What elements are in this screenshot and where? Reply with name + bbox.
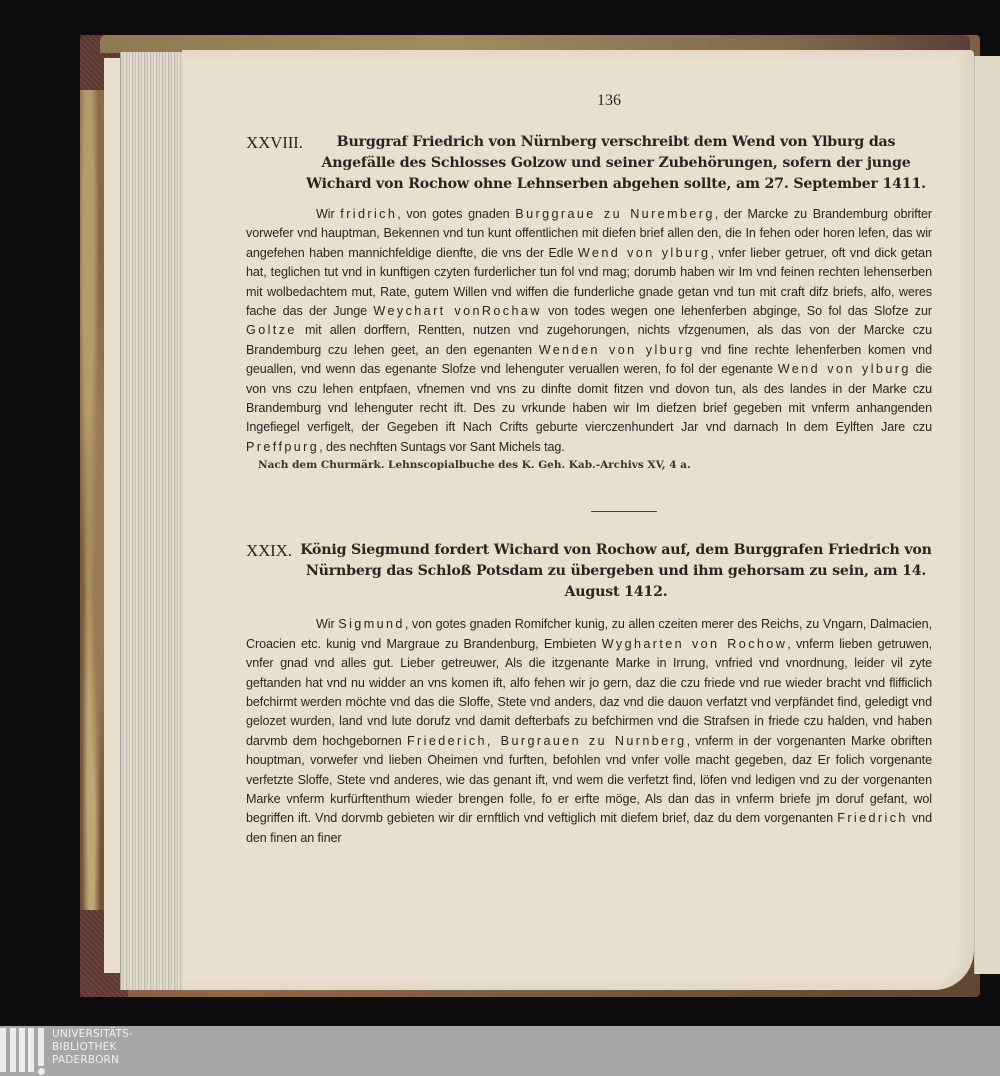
emphasized-name: Weychart vonRochaw	[373, 304, 541, 318]
section-body: Wir fridrich, von gotes gnaden Burggraue…	[246, 205, 932, 457]
text-run: Wir	[316, 207, 340, 221]
section-divider	[591, 511, 657, 512]
section-numeral: XXIX.	[216, 540, 300, 603]
text-run: , des nechften Suntags vor Sant Michels …	[319, 440, 565, 454]
emphasized-name: Wend von ylburg	[578, 246, 711, 260]
text-run: Wir	[316, 617, 338, 631]
page-block-edges	[120, 52, 185, 990]
emphasized-name: Wenden von ylburg	[539, 343, 695, 357]
emphasized-name: Goltze	[246, 323, 297, 337]
section-heading: XXVIII. Burggraf Friedrich von Nürnberg …	[246, 132, 932, 195]
library-logo-icon	[0, 1028, 46, 1072]
document-section-xxviii: XXVIII. Burggraf Friedrich von Nürnberg …	[246, 132, 932, 471]
emphasized-name: Sigmund	[338, 617, 405, 631]
section-title: König Siegmund fordert Wichard von Rocho…	[300, 540, 932, 603]
emphasized-name: Friedrich	[837, 811, 908, 825]
section-title: Burggraf Friedrich von Nürnberg verschre…	[300, 132, 932, 195]
text-run: , vnferm lieben getruwen, vnfer gnad vnd…	[246, 637, 932, 748]
emphasized-name: Wend von ylburg	[778, 362, 911, 376]
facing-page-edge	[974, 56, 1000, 974]
section-heading: XXIX. König Siegmund fordert Wichard von…	[246, 540, 932, 603]
emphasized-name: Preffpurg	[246, 440, 319, 454]
library-logo-text: UNIVERSITÄTS- BIBLIOTHEK PADERBORN	[52, 1028, 133, 1067]
page-content: 136 XXVIII. Burggraf Friedrich von Nürnb…	[246, 88, 932, 848]
section-body: Wir Sigmund, von gotes gnaden Romifcher …	[246, 615, 932, 848]
document-section-xxix: XXIX. König Siegmund fordert Wichard von…	[246, 540, 932, 848]
emphasized-name: Burggraue zu Nuremberg	[515, 207, 715, 221]
logo-line-1: UNIVERSITÄTS-	[52, 1028, 133, 1041]
emphasized-name: Friederich, Burgrauen zu Nurnberg	[407, 734, 687, 748]
source-citation: Nach dem Churmärk. Lehnscopialbuche des …	[258, 459, 932, 471]
text-run: von todes wegen one lehenferben abginge,…	[542, 304, 932, 318]
section-numeral: XXVIII.	[216, 132, 300, 195]
library-footer-bar: UNIVERSITÄTS- BIBLIOTHEK PADERBORN	[0, 1026, 1000, 1076]
emphasized-name: Wygharten von Rochow	[602, 637, 788, 651]
page-number: 136	[246, 88, 932, 114]
text-run: , von gotes gnaden	[397, 207, 515, 221]
emphasized-name: fridrich	[340, 207, 397, 221]
logo-line-3: PADERBORN	[52, 1054, 133, 1067]
logo-line-2: BIBLIOTHEK	[52, 1041, 133, 1054]
